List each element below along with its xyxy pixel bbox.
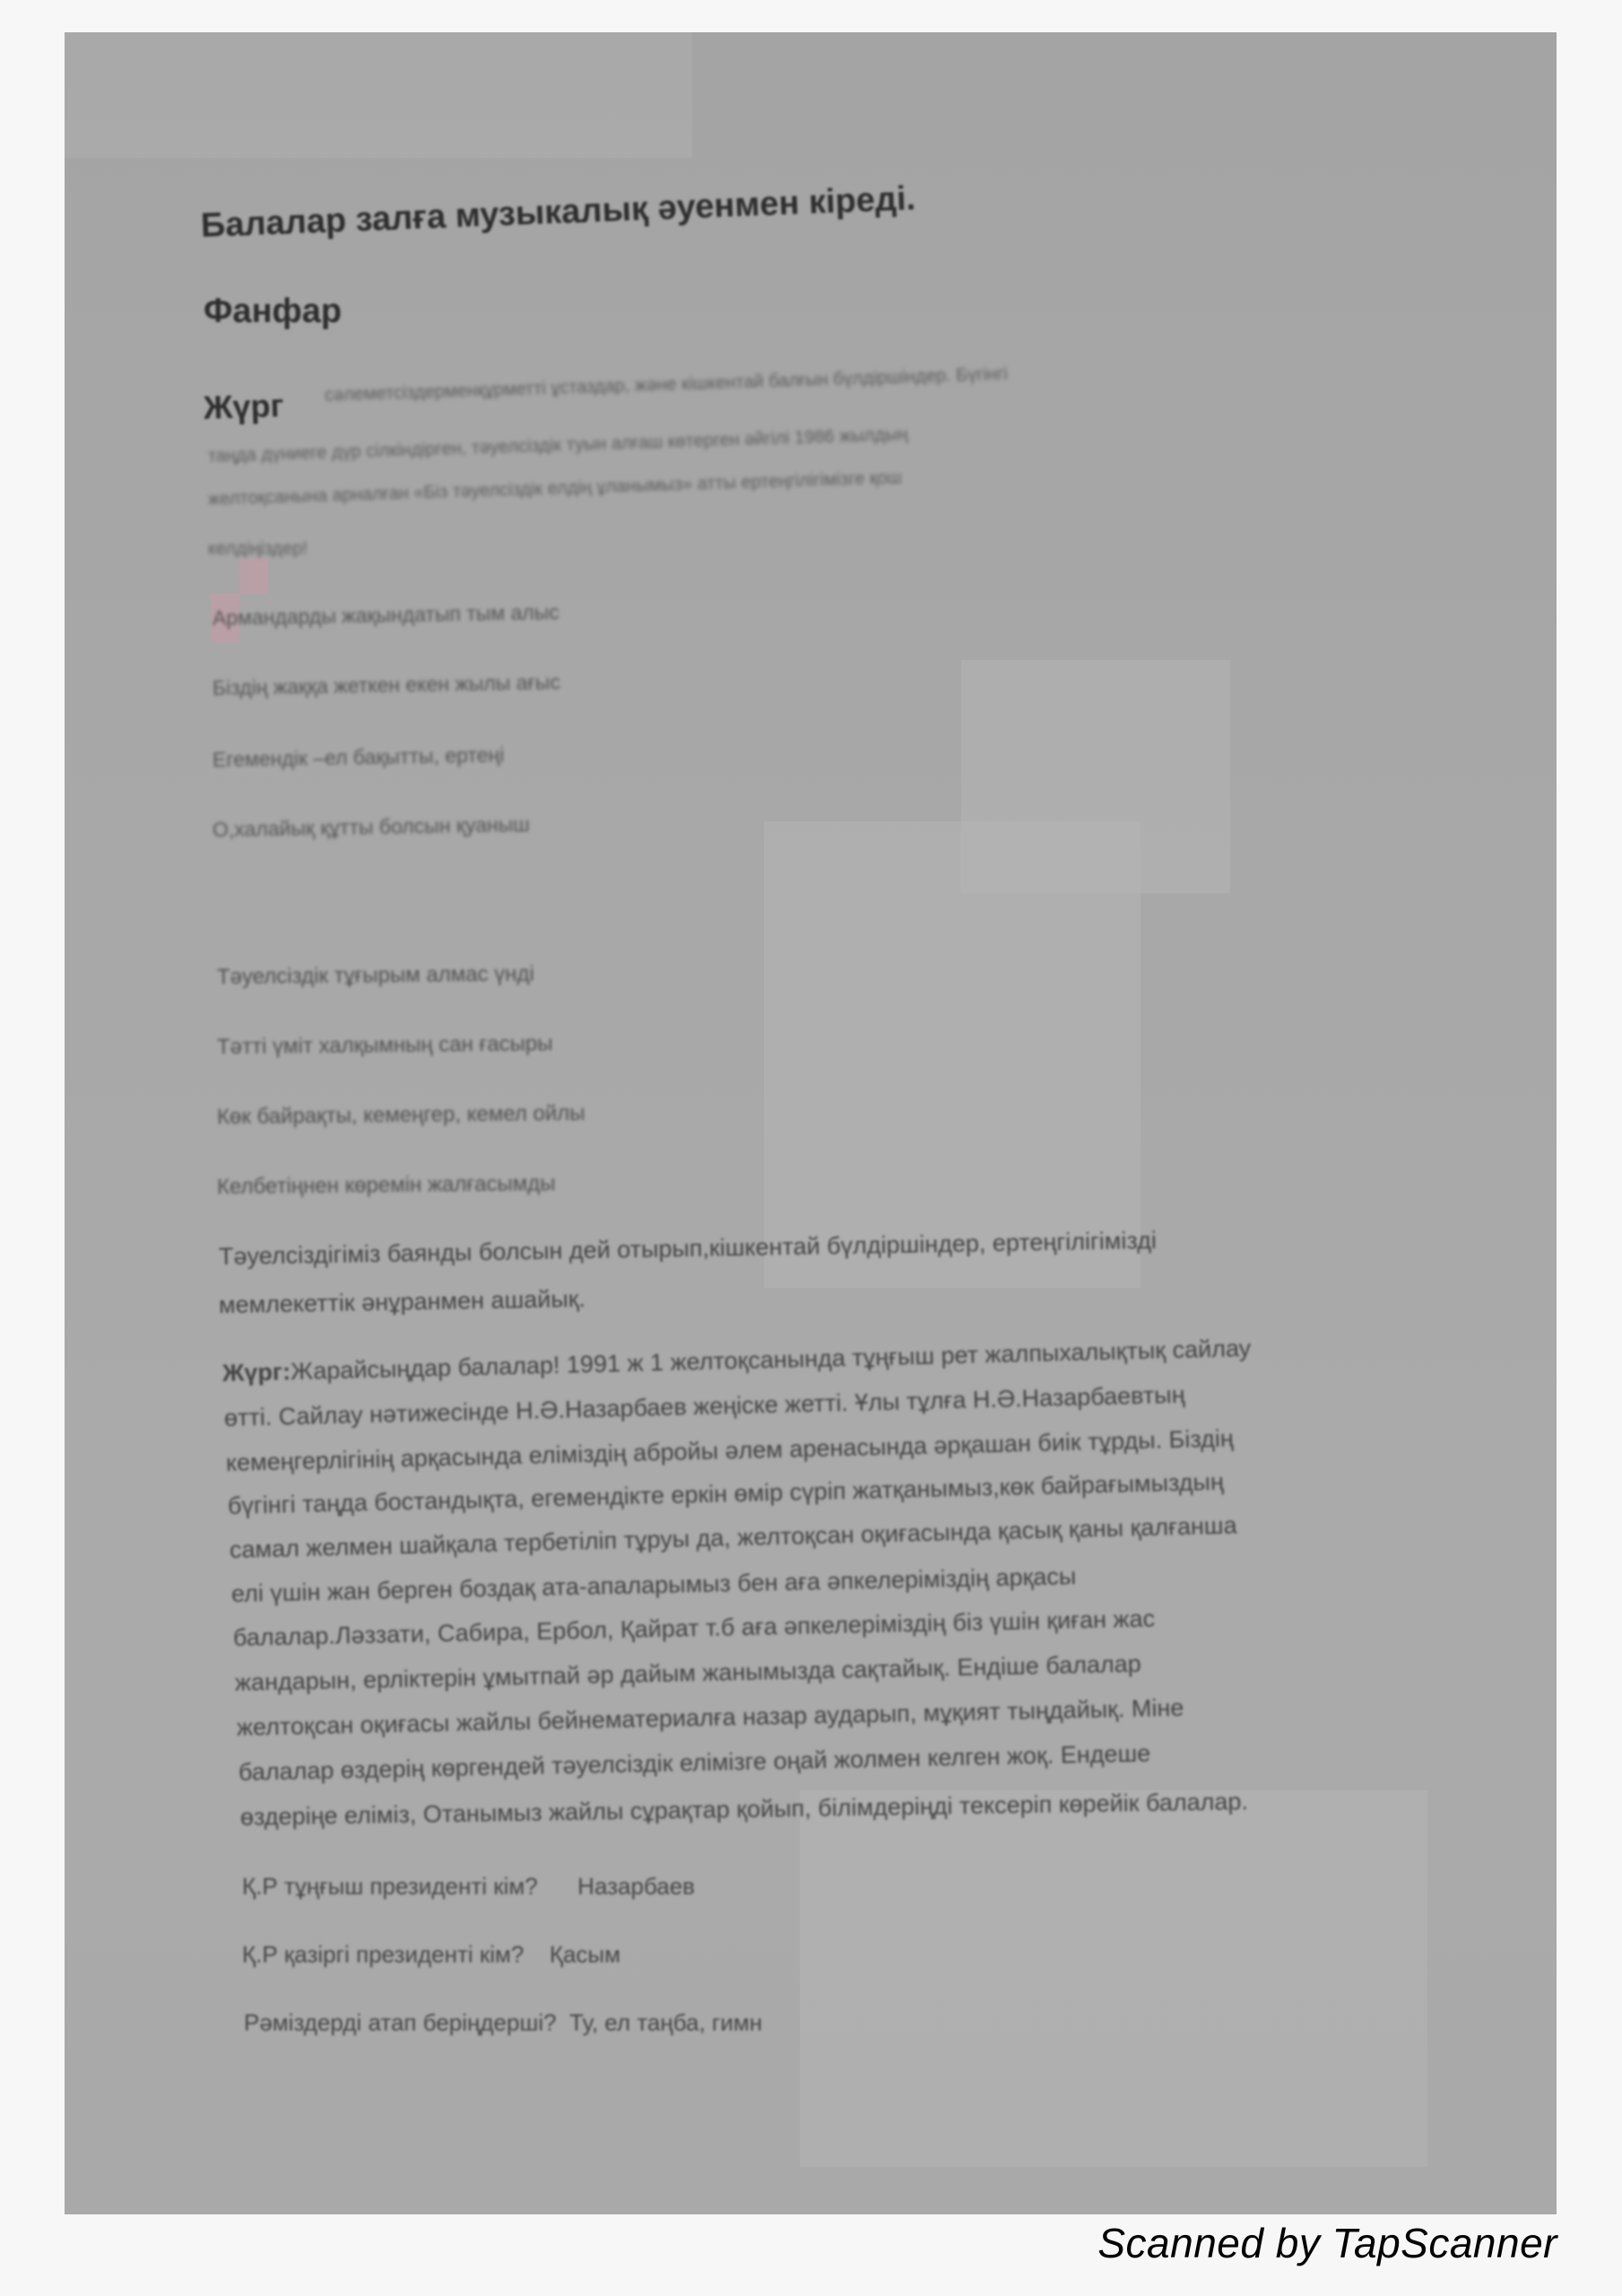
question-row: Қ.Р тұңғыш президенті кім? Назарбаев — [242, 1873, 695, 1900]
poem-line: Тәтті үміт халқымның сан ғасыры — [217, 1031, 553, 1060]
answer-text: Қасым — [550, 1941, 620, 1968]
main-line: балалар.Ләззати, Сабира, Ербол, Қайрат т… — [233, 1605, 1156, 1652]
question-text: Рәміздерді атап беріңдерші? — [244, 2009, 557, 2036]
main-line: желтоқсан оқиғасы жайлы бейнематериалға … — [237, 1694, 1184, 1742]
intro-line: желтоқсанына арналған «Біз тәуелсіздік е… — [208, 468, 903, 510]
question-row: Рәміздерді атап беріңдерші? Ту, ел таңба… — [244, 2009, 762, 2037]
main-line: Жарайсыңдар балалар! 1991 ж 1 желтоқсаны… — [291, 1335, 1252, 1385]
main-line: самал желмен шайқала тербетіліп тұруы да… — [230, 1512, 1237, 1564]
poem-line: О,халайық құтты болсын қуаныш — [213, 813, 530, 842]
main-lead: Жүрг: — [222, 1358, 291, 1387]
question-text: Қ.Р қазіргі президенті кім? — [242, 1941, 524, 1968]
poem-line: Тәуелсіздік тұғырым алмас үнді — [217, 961, 534, 990]
answer-text: Ту, ел таңба, гимн — [569, 2009, 762, 2036]
scanner-watermark: Scanned by TapScanner — [1097, 2219, 1557, 2267]
intro-line: таңда дүниеге дүр сілкіндірген, тәуелсіз… — [208, 424, 908, 467]
scan-artifact — [800, 1790, 1427, 2167]
poem-line: Біздің жаққа жеткен екен жылы ағыс — [213, 670, 560, 700]
main-line: бүгінгі таңда бостандықта, егемендікте е… — [228, 1468, 1225, 1520]
poem-line: Көк байрақты, кемеңгер, кемел ойлы — [217, 1101, 585, 1130]
intro-lead: Жүрг — [203, 387, 284, 427]
poem-line: Егемендік –ел бақытты, ертеңі — [213, 743, 505, 772]
document-subtitle: Фанфар — [204, 292, 342, 331]
scanned-page: Балалар залға музыкалық әуенмен кіреді. … — [65, 32, 1557, 2214]
document-title: Балалар залға музыкалық әуенмен кіреді. — [200, 179, 916, 246]
scan-artifact — [961, 660, 1230, 893]
anthem-line: мемлекеттік әнұранмен ашайық. — [219, 1285, 586, 1319]
scan-artifact — [65, 32, 692, 158]
answer-text: Назарбаев — [577, 1873, 695, 1900]
question-text: Қ.Р тұңғыш президенті кім? — [242, 1873, 538, 1900]
poem-line: Армандарды жақындатып тым алыс — [213, 600, 559, 631]
main-line: өтті. Сайлау нәтижесінде Н.Ә.Назарбаев ж… — [224, 1381, 1185, 1432]
poem-line: Келбетіңнен көремін жалғасымды — [217, 1171, 556, 1200]
intro-line: сәлеметсіздерменқұрметті ұстаздар, және … — [325, 364, 1008, 406]
main-line: елі үшін жан берген боздақ ата-апаларымы… — [231, 1562, 1077, 1608]
main-line: балалар өздерің көргендей тәуелсіздік ел… — [239, 1740, 1151, 1787]
pink-mark — [239, 558, 268, 594]
main-line: жандарын, ерліктерін ұмытпай әр дайым жа… — [235, 1650, 1141, 1697]
question-row: Қ.Р қазіргі президенті кім? Қасым — [242, 1941, 620, 1969]
main-line: кемеңгерлігінің арқасында еліміздің абро… — [226, 1425, 1234, 1477]
main-paragraph-first-line: Жүрг:Жарайсыңдар балалар! 1991 ж 1 желто… — [222, 1335, 1252, 1387]
intro-line: келдіңіздер! — [208, 539, 308, 560]
